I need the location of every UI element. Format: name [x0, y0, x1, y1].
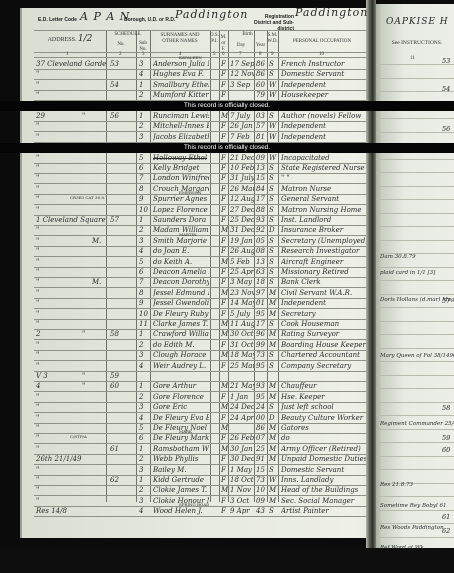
marital-status-cell: S [269, 507, 278, 515]
marital-status-cell: S [269, 320, 278, 328]
sex-cell: F [221, 133, 228, 141]
schedule-margin-number: 53 [442, 57, 450, 65]
birth-year-cell: 17 [256, 195, 267, 203]
table-row: "2Gore FlorenceF1 Jan95MHse. Keeper [34, 392, 366, 403]
sub-no-cell: 7 [139, 278, 149, 286]
ruled-line [376, 118, 454, 119]
address-cell: " [36, 247, 106, 255]
occupation-cell: Independent [281, 122, 366, 130]
sub-no-cell: 10 [139, 206, 149, 214]
table-row: "3Gore EricM24 Dec24SJust left school [34, 402, 366, 413]
sub-no-cell: 1 [139, 112, 149, 120]
sex-cell: F [221, 81, 228, 89]
name-cell: do Keith A. [153, 258, 209, 266]
table-row: 2"581Crawford William H.M30 Oct96MRating… [34, 329, 366, 340]
sub-no-cell: 2 [139, 226, 149, 234]
address-cell: 37 Cleveland Gardens [36, 60, 106, 68]
sex-cell: M [221, 403, 228, 411]
birth-day-cell: 9 Apr [230, 507, 254, 515]
sub-no-cell: 4 [139, 70, 149, 78]
sub-no-cell: 2 [139, 122, 149, 130]
birth-day-cell: 31 Oct [230, 341, 254, 349]
birth-year-cell: 86 [256, 60, 267, 68]
birth-year-cell: 60 [256, 81, 267, 89]
birth-year-cell: 73 [256, 476, 267, 484]
table-row: 37 Cleveland Gardens533Anderson Julia M.… [34, 59, 366, 70]
sex-cell: F [221, 393, 228, 401]
ruled-line [376, 348, 454, 349]
marital-status-cell: M [269, 330, 278, 338]
ruled-line [376, 361, 454, 362]
name-cell: Smith Marjorie [153, 237, 209, 245]
name-cell: London Winifred [153, 174, 209, 182]
birth-year-cell: 86 [256, 424, 267, 432]
name-cell: Clough Horace [153, 351, 209, 359]
col-number: 2 [119, 52, 122, 58]
marital-status-cell: S [269, 247, 278, 255]
col-number: 10 [319, 52, 324, 58]
sub-no-cell: 11 [139, 320, 149, 328]
ruled-line [376, 240, 454, 241]
ruled-line [376, 186, 454, 187]
birth-day-cell: 25 Dec [230, 216, 254, 224]
marital-status-cell: S [269, 174, 278, 182]
table-row: "7London WinifredF31 July15S" " [34, 173, 366, 184]
marital-status-cell: M [269, 310, 278, 318]
right-page-note: Res Woods Paddington [380, 525, 444, 531]
birth-day-cell: 24 Dec [230, 403, 254, 411]
table-row: "9Jessel Gwendoline E.F14 May01MIndepend… [34, 298, 366, 309]
occupation-cell: State Registered Nurse [281, 164, 366, 172]
occupation-cell: Artist Painter [281, 507, 366, 515]
name-cell: Holloway Ethel [153, 154, 209, 162]
address-cell: " [36, 393, 106, 401]
sex-cell: F [221, 497, 228, 505]
name-cell: Anderson Julia M. [153, 60, 209, 68]
occupation-cell: Secretary (Unemployed) [281, 237, 366, 245]
name-cell: De Fleury Mark [153, 434, 209, 442]
marital-status-cell: M [269, 299, 278, 307]
name-annotation-cell: EMERSON [179, 190, 209, 195]
name-cell: Clokie James T. [153, 486, 209, 494]
birth-year-cell: 79 [256, 91, 267, 99]
marital-status-cell: S [269, 362, 278, 370]
sex-cell: M [221, 351, 228, 359]
occupation-cell: Housekeeper [281, 91, 366, 99]
birth-year-cell: 09 [256, 154, 267, 162]
marital-status-cell: W [269, 122, 278, 130]
sub-no-cell: 2 [139, 91, 149, 99]
name-cell: Deacon Amelia E. [153, 268, 209, 276]
birth-day-cell: 10 Feb [230, 164, 254, 172]
marital-status-cell: S [269, 403, 278, 411]
birth-day-cell: 18 May [230, 351, 254, 359]
marital-status-cell: M [269, 486, 278, 494]
name-cell: De Fleury Eva E. [153, 414, 209, 422]
col-header-birth-day: Day [228, 43, 254, 49]
sex-cell: F [221, 268, 228, 276]
sex-cell: F [221, 216, 228, 224]
schedule-no-cell: 58 [110, 330, 134, 338]
marital-status-cell: S [269, 268, 278, 276]
marital-status-cell: W [269, 476, 278, 484]
ruled-line [376, 469, 454, 470]
right-page-note: Sometime Rey Bobyl 61 [380, 503, 446, 509]
sub-no-cell: 7 [139, 174, 149, 182]
sex-cell: F [221, 60, 228, 68]
closed-record-banner: This record is officially closed. [0, 143, 454, 153]
occupation-cell: Incapacitated [281, 154, 366, 162]
sex-cell: M [221, 486, 228, 494]
address-cell: " [36, 486, 106, 494]
sub-no-cell: 9 [139, 195, 149, 203]
table-row: "3Clough HoraceM18 May73SChartered Accou… [34, 350, 366, 361]
marital-status-cell: W [269, 81, 278, 89]
sub-no-cell: 3 [139, 237, 149, 245]
sex-cell: F [221, 278, 228, 286]
address-ditto-cell: " [82, 330, 102, 338]
address-cell: " [36, 258, 106, 266]
ruled-line [376, 523, 454, 524]
marital-status-cell: M [269, 455, 278, 463]
table-row: "10De Fleury Ruby E.F5 July95MSecretary [34, 309, 366, 320]
margin-mark-cell: M. [92, 278, 106, 286]
col-header-surnames: SURNAMES AND OTHER NAMES [160, 33, 200, 45]
occupation-cell: Chartered Accountant [281, 351, 366, 359]
birth-day-cell: 19 Jan [230, 237, 254, 245]
marital-status-cell: S [269, 206, 278, 214]
col-number: 5 [213, 52, 216, 58]
col-header-birth-year: Year [254, 43, 267, 49]
sub-no-cell: 2 [139, 341, 149, 349]
birth-day-cell: 24 Apr [230, 414, 254, 422]
address-cell: 1 Cleveland Square [36, 216, 106, 224]
name-cell: Gore Arthur [153, 382, 209, 390]
name-cell: Clarke James T. [153, 320, 209, 328]
occupation-cell: Chauffeur [281, 382, 366, 390]
ruled-line [376, 226, 454, 227]
sub-no-cell: 4 [139, 247, 149, 255]
occupation-cell: Research Investigator [281, 247, 366, 255]
sub-no-cell: 1 [139, 476, 149, 484]
occupation-cell: Army Officer (Retired) [281, 445, 366, 453]
birth-year-cell: 84 [256, 185, 267, 193]
sex-cell: M [221, 112, 228, 120]
sub-no-cell: 9 [139, 299, 149, 307]
occupation-cell: Domestic Servant [281, 466, 366, 474]
table-row: "541Smallbury Ethel M.F3 Sep60WIndepende… [34, 80, 366, 91]
margin-mark-cell: M. [92, 237, 106, 245]
table-row: "621Kidd GertrudeF18 Oct73WInns. Landlad… [34, 475, 366, 486]
sex-cell: F [221, 237, 228, 245]
sex-cell: F [221, 341, 228, 349]
marital-status-cell: M [269, 341, 278, 349]
birth-year-cell: 99 [256, 341, 267, 349]
sub-no-cell: 8 [139, 289, 149, 297]
birth-year-cell: 81 [256, 133, 267, 141]
birth-day-cell: 5 Feb [230, 258, 254, 266]
sub-no-cell: 3 [139, 403, 149, 411]
margin-note-cell: C/STP/A [70, 434, 106, 439]
occupation-cell: do [281, 434, 366, 442]
address-cell: " [36, 289, 106, 297]
col-header-birth: Birth [228, 32, 267, 38]
occupation-cell: Secretary [281, 310, 366, 318]
sub-no-cell: 1 [139, 81, 149, 89]
occupation-cell: French Instructor [281, 60, 366, 68]
table-row: "2Clokie James T.M1 Nov10MHead of the Bu… [34, 485, 366, 496]
sub-no-cell: 3 [139, 133, 149, 141]
address-cell: " [36, 122, 106, 130]
schedule-no-cell: 61 [110, 445, 134, 453]
right-page-note: Regiment Commander 25/4/68 (NF) [380, 421, 454, 427]
birth-day-cell: 26 Mar [230, 185, 254, 193]
address-cell: " [36, 414, 106, 422]
name-annotation-cell: MARK [179, 429, 209, 434]
sub-no-cell: 4 [139, 507, 149, 515]
ruled-line [376, 321, 454, 322]
address-cell: " [36, 133, 106, 141]
right-page-note: Mary Queen of Fol 38/14961 [380, 353, 454, 359]
sex-cell: F [221, 434, 228, 442]
col-header-address: ADDRESS. 1/2 [34, 36, 106, 43]
birth-year-cell: 10 [256, 486, 267, 494]
marital-status-cell: S [269, 70, 278, 78]
ruled-line [376, 415, 454, 416]
name-cell: De Fleury Ruby E. [153, 310, 209, 318]
schedule-no-cell: 56 [110, 112, 134, 120]
birth-year-cell: 93 [256, 382, 267, 390]
table-row: "2do Edith M.F31 Oct99MBoarding House Ke… [34, 340, 366, 351]
birth-year-cell: 96 [256, 330, 267, 338]
occupation-cell: Independent [281, 299, 366, 307]
name-cell: Mitchell-Innes Elspeth [153, 122, 209, 130]
occupation-cell: Head of the Buildings [281, 486, 366, 494]
birth-day-cell: 31 Dec [230, 226, 254, 234]
col-header-schedule: SCHEDULE. [106, 32, 150, 38]
sex-cell: F [221, 299, 228, 307]
occupation-cell: Matron Nurse [281, 185, 366, 193]
sub-no-cell: 3 [139, 351, 149, 359]
marital-status-cell: S [269, 258, 278, 266]
name-cell: Hughes Eva F. [153, 70, 209, 78]
name-cell: Wood Helen J. [153, 507, 209, 515]
address-ditto-cell: " [82, 372, 102, 380]
table-row: Res 14/84Wood Helen J.SPRING BOADEYF9 Ap… [34, 506, 366, 517]
table-row: "CR3E3 CAT 30.8.799Spurrier AgnesEMERSON… [34, 194, 366, 205]
birth-day-cell: 7 Feb [230, 133, 254, 141]
table-row: "M.7Deacon Dorothy E.F3 May18SBank Clerk [34, 277, 366, 288]
right-page-note: Dam 30.8.79 [380, 254, 416, 260]
ruled-line [376, 280, 454, 281]
schedule-margin-number: 60 [442, 446, 450, 454]
birth-year-cell: 63 [256, 268, 267, 276]
schedule-margin-number: 56 [442, 125, 450, 133]
marital-status-cell: S [269, 351, 278, 359]
schedule-margin-number: 59 [442, 434, 450, 442]
address-cell: " [36, 70, 106, 78]
schedule-margin-number: 57 [442, 297, 450, 305]
address-cell: " [36, 341, 106, 349]
birth-year-cell: 95 [256, 310, 267, 318]
name-cell: Jacobs Elizabeth [153, 133, 209, 141]
address-cell: " [36, 299, 106, 307]
sub-no-cell: 4 [139, 414, 149, 422]
occupation-cell: Cook Houseman [281, 320, 366, 328]
table-row: "3Jacobs ElizabethF7 Feb81WIndependent [34, 132, 366, 143]
birth-year-cell: 13 [256, 258, 267, 266]
address-cell: " [36, 206, 106, 214]
right-header-value: OAPKISE H [386, 17, 449, 27]
address-ditto-cell: " [82, 112, 102, 120]
marital-status-cell: W [269, 133, 278, 141]
name-cell: Gore Florence [153, 393, 209, 401]
birth-day-cell: 3 Oct [230, 497, 254, 505]
table-row: 4"601Gore ArthurM21 May93MChauffeur [34, 381, 366, 392]
marital-status-cell: S [269, 216, 278, 224]
birth-year-cell: 43 [256, 507, 267, 515]
margin-note-cell: CR3E3 CAT 30.8.79 [70, 195, 106, 200]
sub-no-cell: 4 [139, 362, 149, 370]
ruled-line [376, 294, 454, 295]
birth-year-cell: 95 [256, 393, 267, 401]
name-cell: Spurrier Agnes [153, 195, 209, 203]
birth-year-cell: 25 [256, 445, 267, 453]
ruled-line [376, 388, 454, 389]
occupation-cell: Beauty Culture Worker [281, 414, 366, 422]
ruled-line [376, 510, 454, 511]
table-row: "M.3Smith MarjorieMARTINF19 Jan05SSecret… [34, 236, 366, 247]
sub-no-cell: 6 [139, 268, 149, 276]
schedule-no-cell: 59 [110, 372, 134, 380]
marital-status-cell: M [269, 424, 278, 432]
marital-status-cell: M [269, 289, 278, 297]
col-number: 11 [410, 56, 415, 62]
birth-day-cell: 23 Nov [230, 289, 254, 297]
birth-year-cell: 03 [256, 112, 267, 120]
birth-day-cell: 17 Sept [230, 60, 254, 68]
birth-day-cell: 3 Sep [230, 81, 254, 89]
marital-status-cell: M [269, 497, 278, 505]
ruled-line [376, 429, 454, 430]
name-cell: Mumford Kittering E. [153, 91, 209, 99]
address-cell: " [36, 445, 106, 453]
table-row: 29"561Runciman Lewis S.M7 July03SAuthor … [34, 111, 366, 122]
birth-year-cell: 86 [256, 70, 267, 78]
marital-status-cell: M [269, 382, 278, 390]
table-row: V 3"59 [34, 371, 366, 382]
name-cell: Deacon Dorothy E. [153, 278, 209, 286]
birth-year-cell: 05 [256, 237, 267, 245]
birth-day-cell: 21 Dec [230, 154, 254, 162]
name-cell: Smallbury Ethel M. [153, 81, 209, 89]
marital-status-cell: S [269, 164, 278, 172]
sex-cell: F [221, 247, 228, 255]
address-cell: " [36, 362, 106, 370]
row-divider [34, 30, 366, 31]
birth-year-cell: 18 [256, 278, 267, 286]
col-number: 3 [142, 52, 145, 58]
table-row: "4Weir Audrey L.F25 Mar95SCompany Secret… [34, 361, 366, 372]
address-cell: " [36, 310, 106, 318]
address-cell: " [36, 403, 106, 411]
address-cell: " [36, 164, 106, 172]
ruled-line [376, 78, 454, 79]
occupation-cell: Author (novels) Fellow [281, 112, 366, 120]
sex-cell: M [221, 258, 228, 266]
sub-no-cell: 1 [139, 382, 149, 390]
birth-day-cell: 26 Aug [230, 247, 254, 255]
address-ditto-cell: " [82, 382, 102, 390]
sex-cell: F [221, 507, 228, 515]
birth-day-cell: 11 Aug [230, 320, 254, 328]
table-row: "4do Joan E.F26 Aug08SResearch Investiga… [34, 246, 366, 257]
row-divider [34, 516, 366, 517]
sex-cell: F [221, 195, 228, 203]
ruled-line [376, 334, 454, 335]
col-header-occupation: PERSONAL OCCUPATION [278, 39, 366, 45]
schedule-no-cell: 62 [110, 476, 134, 484]
marital-status-cell: S [269, 195, 278, 203]
marital-status-cell: W [269, 91, 278, 99]
occupation-cell: Hse. Keeper [281, 393, 366, 401]
sex-cell: F [221, 362, 228, 370]
occupation-cell: Matron Nursing Home [281, 206, 366, 214]
birth-year-cell: 57 [256, 122, 267, 130]
sub-no-cell: 6 [139, 164, 149, 172]
ruled-line [376, 172, 454, 173]
ruled-line [376, 213, 454, 214]
birth-day-cell: 12 Nov [230, 70, 254, 78]
occupation-cell: Inns. Landlady [281, 476, 366, 484]
address-cell: " [36, 476, 106, 484]
name-annotation-cell: KATALEEN [179, 55, 209, 60]
marital-status-cell: M [269, 393, 278, 401]
address-cell: " [36, 351, 106, 359]
table-row: 26th 21/1/492Webb PhyllisF30 Dec91MUnpai… [34, 454, 366, 465]
closed-record-banner: This record is officially closed. [0, 101, 454, 111]
name-cell: Kidd Gertrude [153, 476, 209, 484]
sub-no-cell: 10 [139, 310, 149, 318]
col-header-ospi: O.S.P.I. [210, 33, 219, 45]
occupation-cell: " " [281, 174, 366, 182]
sub-no-cell: 8 [139, 185, 149, 193]
sex-cell: F [221, 206, 228, 214]
occupation-cell: Domestic Servant [281, 70, 366, 78]
sex-cell: F [221, 414, 228, 422]
sub-no-cell: 2 [139, 486, 149, 494]
birth-year-cell: 24 [256, 403, 267, 411]
marital-status-cell: W [269, 154, 278, 162]
birth-year-cell: 15 [256, 466, 267, 474]
occupation-cell: Boarding House Keeper [281, 341, 366, 349]
occupation-cell: General Servant [281, 195, 366, 203]
schedule-margin-number: 62 [442, 527, 450, 535]
birth-day-cell: 12 Aug [230, 195, 254, 203]
birth-day-cell: 3 May [230, 278, 254, 286]
birth-year-cell: 08 [256, 247, 267, 255]
occupation-cell: Aircraft Engineer [281, 258, 366, 266]
col-number: 8 [259, 52, 262, 58]
birth-year-cell: 92 [256, 226, 267, 234]
sex-cell: M [221, 330, 228, 338]
sex-cell: F [221, 154, 228, 162]
name-cell: Saunders Dora [153, 216, 209, 224]
address-cell: 26th 21/1/49 [36, 455, 106, 463]
sub-no-cell: 6 [139, 434, 149, 442]
sex-cell: M [221, 424, 228, 432]
birth-year-cell: 95 [256, 362, 267, 370]
